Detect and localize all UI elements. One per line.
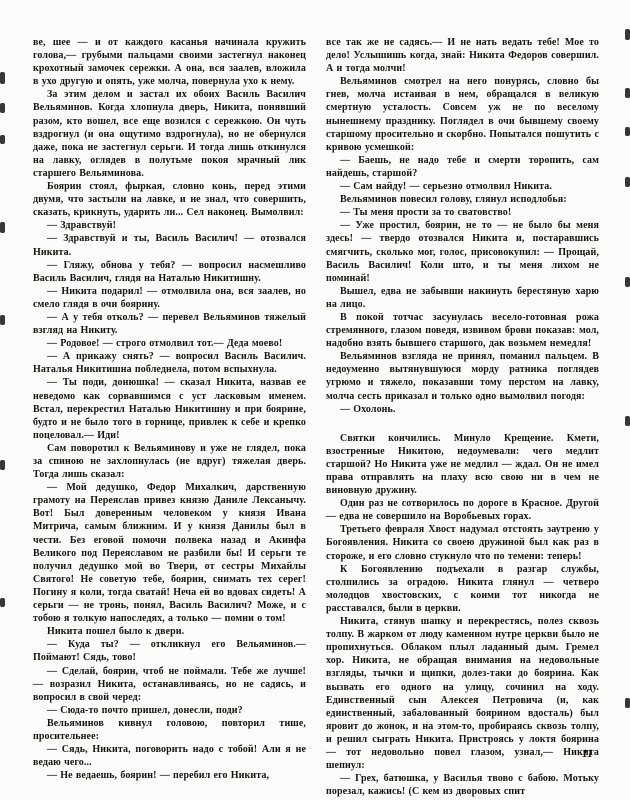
paragraph: Вельяминов смотрел на него понурясь, сло… [326, 75, 599, 154]
paragraph: За этим делом и застал их обоих Василь В… [33, 88, 306, 180]
paragraph: В покой тотчас засунулась весело-готовна… [326, 311, 599, 350]
scan-artifact [625, 177, 630, 187]
scan-artifact [625, 698, 630, 708]
paragraph: Вельяминов повесил голову, глянул исподл… [326, 193, 599, 206]
paragraph: — Сделай, боярин, чтоб не поймали. Тебе … [33, 665, 306, 704]
scan-artifact [0, 103, 5, 113]
paragraph: Третьего февраля Хвост надумал отстоять … [326, 523, 599, 562]
paragraph: — Гляжу, обнова у тебя? — вопросил насме… [33, 259, 306, 285]
paragraph: — Грех, батюшка, у Василья твово с бабою… [326, 772, 599, 798]
paragraph: — Мой дедушко, Федор Михалкич, дарственн… [33, 481, 306, 625]
scan-artifact [0, 598, 5, 607]
scan-artifact [625, 416, 630, 426]
paragraph: Никита пошел было к двери. [33, 625, 306, 638]
paragraph: — Ты меня прости за то сватовство! [326, 206, 599, 219]
paragraph: — Охолонь. [326, 403, 599, 416]
left-text-column: ве, шее — и от каждого касанья начинала … [33, 36, 306, 782]
paragraph: Никита, стянув шапку и перекрестясь, пол… [326, 615, 599, 772]
paragraph: Святки кончились. Минуло Крещение. Кмети… [326, 432, 599, 497]
paragraph: Вышел, едва не забывши накинуть берестян… [326, 285, 599, 311]
scan-artifact [0, 460, 5, 470]
scan-artifact [0, 135, 5, 144]
paragraph: — Ты поди, донюшка! — сказал Никита, наз… [33, 376, 306, 441]
scan-artifact [625, 127, 630, 136]
paragraph: — Сядь, Никита, поговорить надо с тобой!… [33, 743, 306, 769]
scan-artifact [0, 222, 5, 233]
paragraph: — Родовое! — строго отмолвил тот.— Деда … [33, 337, 306, 350]
paragraph: — Сюда-то почто пришел, донесли, поди? [33, 704, 306, 717]
paragraph: — Сам найду! — серьезно отмолвил Никита. [326, 180, 599, 193]
page-number: 11 [582, 748, 593, 760]
paragraph: все так же не садясь.— И не нать ведать … [326, 36, 599, 75]
paragraph: Вельяминов кивнул головою, повторил тише… [33, 717, 306, 743]
scan-artifact [0, 315, 5, 325]
paragraph: Один раз не сотворилось по дороге в Крас… [326, 497, 599, 523]
paragraph: — Не ведаешь, боярин! — перебил его Ники… [33, 769, 306, 782]
paragraph: — Уже простил, боярин, не то — не было б… [326, 219, 599, 284]
paragraph: — А прикажу снять? — вопросил Василь Вас… [33, 350, 306, 376]
paragraph: Вельяминов взгляда не принял, поманил па… [326, 350, 599, 402]
paragraph: — Куда ты? — откликнул его Вельяминов.— … [33, 638, 306, 664]
paragraph: — А у тебя отколь? — перевел Вельяминов … [33, 311, 306, 337]
paragraph: — Никита подарил! — отмолвила она, вся з… [33, 285, 306, 311]
right-text-column: все так же не садясь.— И не нать ведать … [326, 36, 599, 798]
paragraph: Боярин стоял, фыркая, словно конь, перед… [33, 180, 306, 219]
paragraph: — Здравствуй! [33, 219, 306, 232]
scan-artifact [625, 88, 630, 98]
paragraph: Сам поворотил к Вельяминову и уже не гля… [33, 442, 306, 481]
paragraph: К Богоявлению подъехали в разгар службы,… [326, 563, 599, 615]
book-page: ве, шее — и от каждого касанья начинала … [0, 0, 630, 800]
paragraph: — Баешь, не надо тебе и смерти торопить,… [326, 154, 599, 180]
scan-artifact [625, 277, 630, 287]
paragraph: — Здравствуй и ты, Василь Василич! — ото… [33, 232, 306, 258]
scan-artifact [625, 29, 630, 40]
scan-artifact [0, 72, 5, 84]
paragraph: ве, шее — и от каждого касанья начинала … [33, 36, 306, 88]
